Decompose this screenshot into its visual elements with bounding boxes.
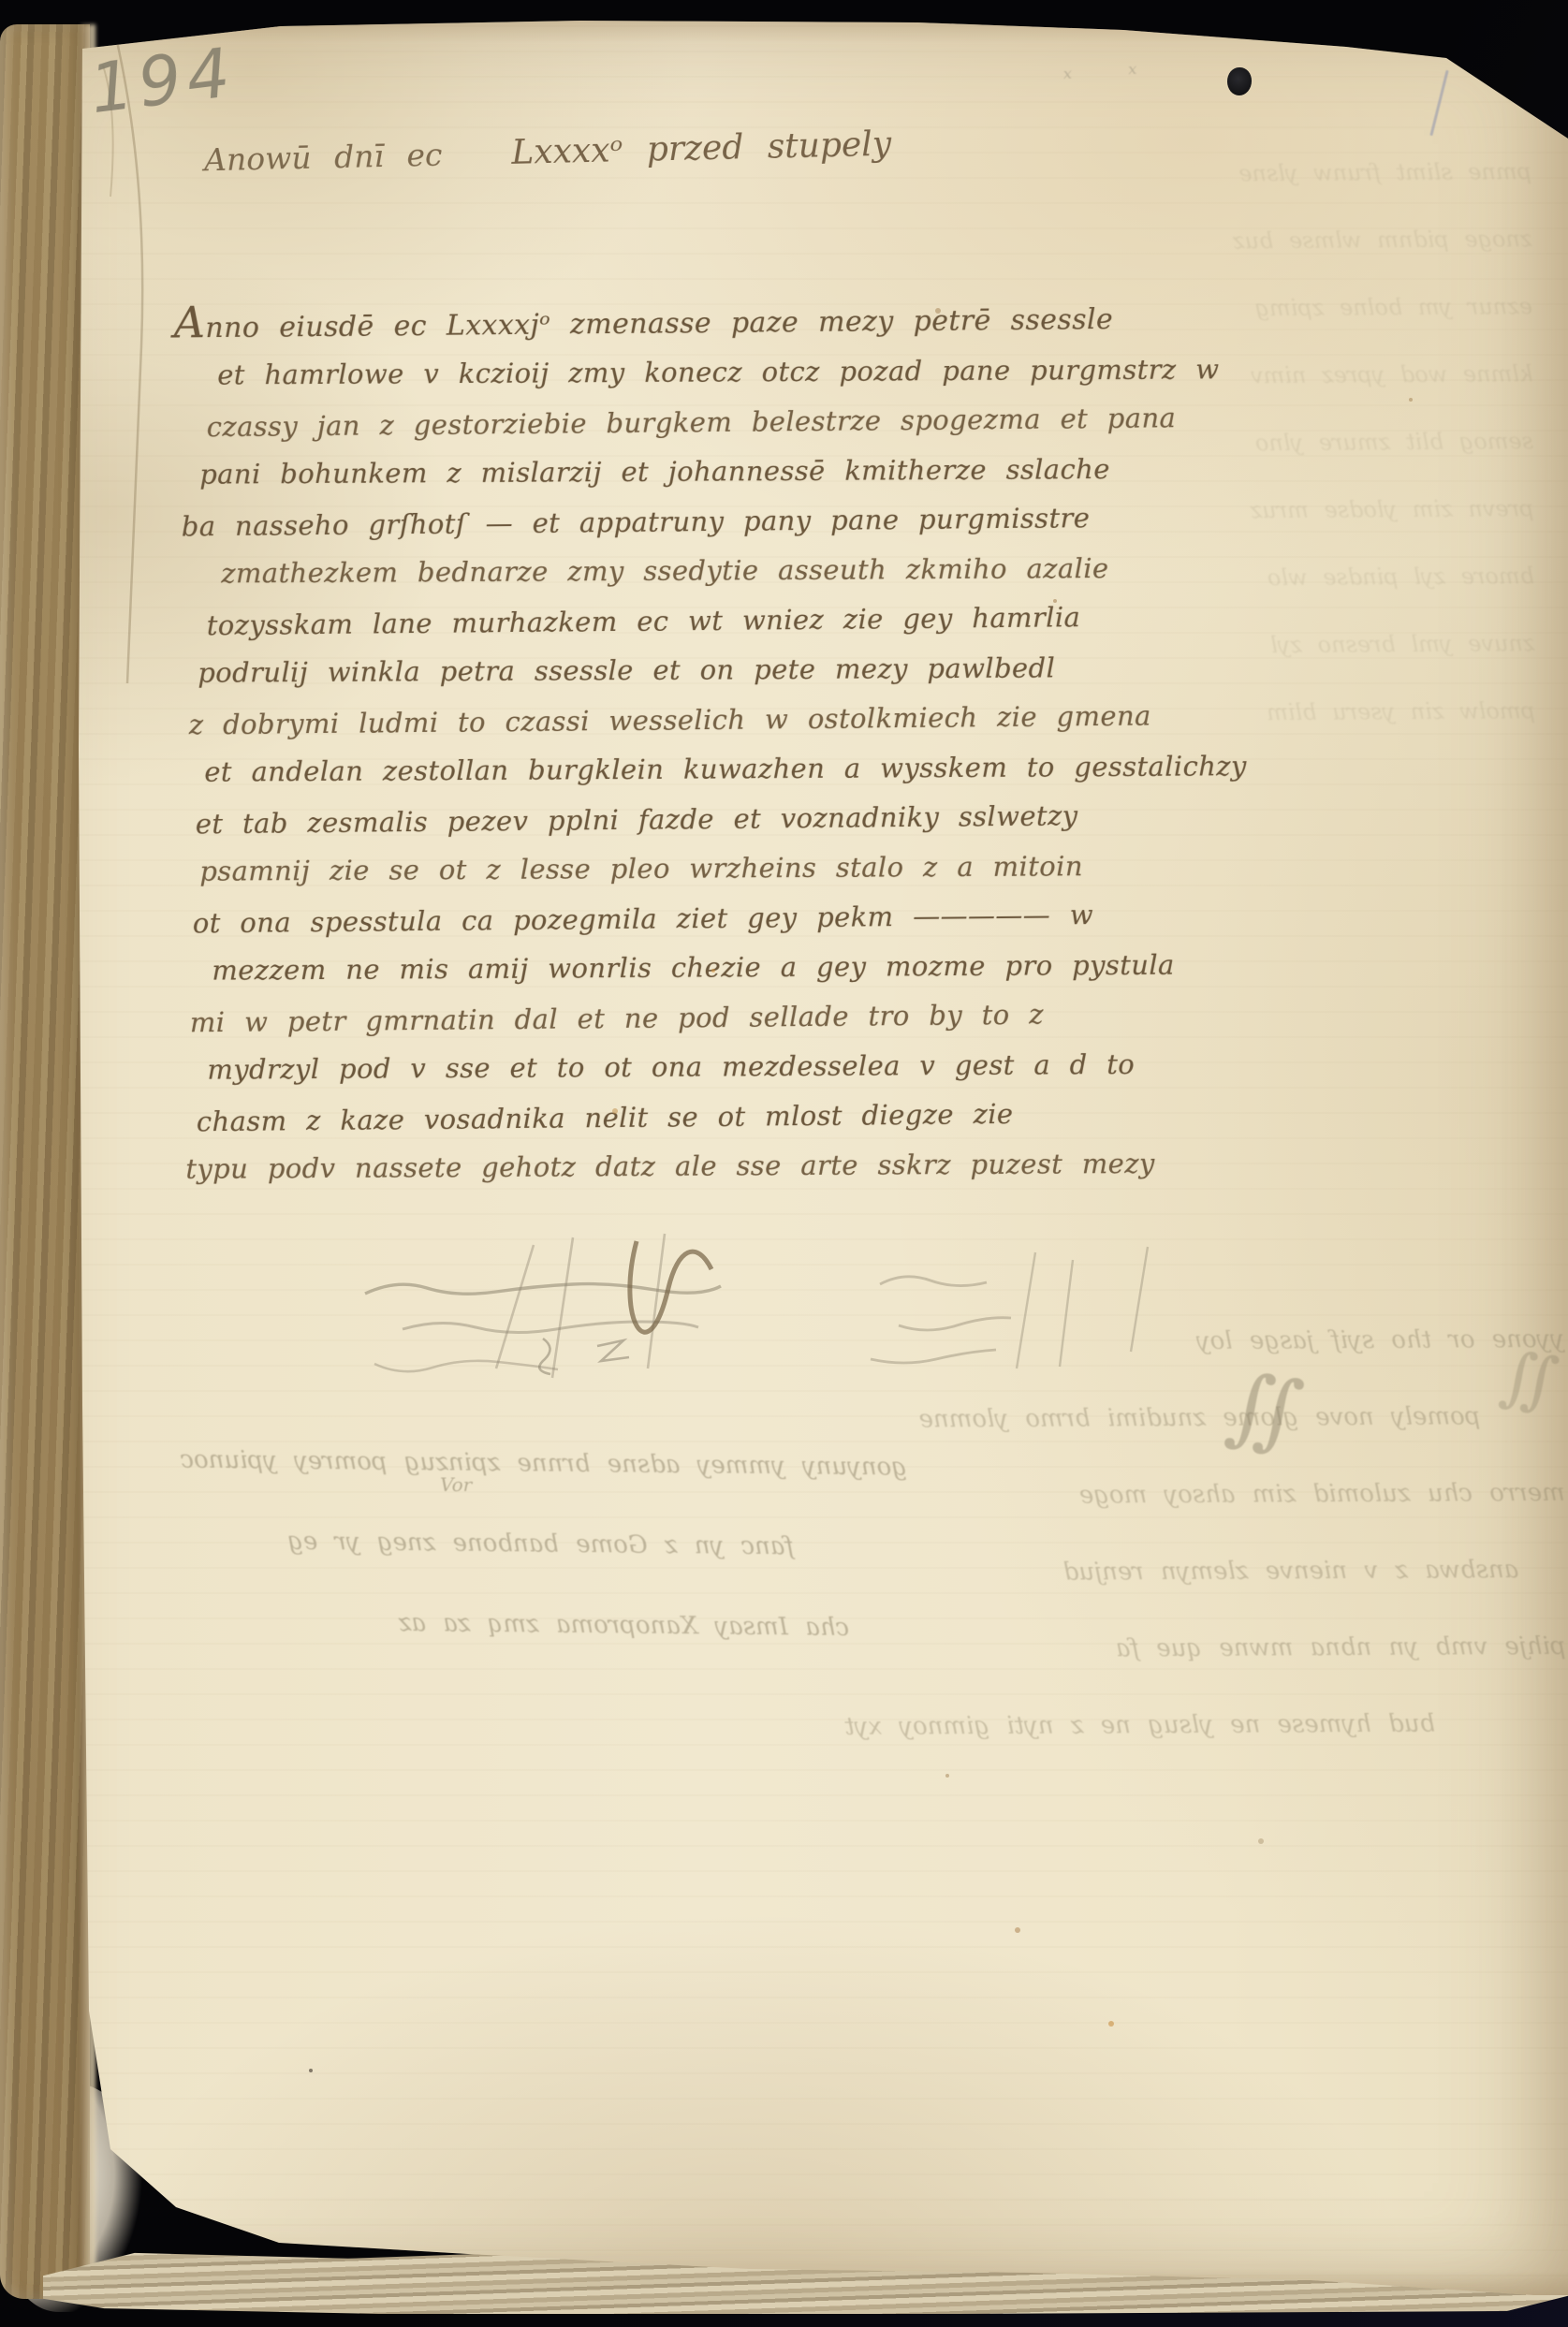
manuscript-text-line: Anno eiusdē ec Lxxxxjᵒ zmenasse paze mez… [173, 285, 1441, 353]
bleed-text-line: yyone or tho syif jasge loy [787, 1301, 1564, 1382]
bleed-text-line: gonyuny ymmey adsne brnne zpinzug pomrey… [82, 1418, 907, 1507]
manuscript-text-line: pani bohunkem z mislarzij et johannessē … [199, 443, 1442, 500]
manuscript-text-line: psamnij zie se ot z lesse pleo wrzheins … [199, 840, 1445, 897]
bleed-text-line: merro chu zulomid zim ahsoy moge [788, 1455, 1565, 1535]
bleed-text-line: bud hymese ne ylsug ne z nyti gimnoy xyt [789, 1686, 1435, 1766]
manuscript-text-line: typu podv nassete gehotz datz ale sse ar… [185, 1137, 1448, 1194]
paper-specks [0, 0, 4, 4]
manuscript-scan: pmne slimt frunw ylsneznoge pidnm wlmse … [0, 0, 1568, 2327]
bleed-text-line: fanc yn z Gome banbone zneg yr eg [82, 1499, 795, 1587]
ghost-text-line: znoge pidnm wlmse buz [773, 205, 1531, 278]
ink-blot [1227, 67, 1252, 95]
show-through-text-left: gonyuny ymmey adsne brnne zpinzug pomrey… [81, 1418, 908, 1668]
heading-date-text: Anowū dnī ec [204, 137, 443, 179]
bleed-small-word: Vor [440, 1473, 472, 1496]
manuscript-text-line: podrulij winkla petra ssessle et on pete… [198, 641, 1443, 698]
folio-number: 194 [85, 33, 240, 128]
bleed-text-line: ansbwa z v nienve zlemyn renjud [788, 1531, 1518, 1612]
manuscript-text-line: mezzem ne mis amij wonrlis chezie a gey … [212, 939, 1446, 996]
manuscript-text-line: et andelan zestollan burgklein kuwazhen … [204, 740, 1444, 798]
book-page-stack-left-edge [0, 24, 90, 2299]
flourish-mark: ∬ [1221, 1354, 1309, 1465]
faint-pen-stroke [1429, 70, 1448, 137]
show-through-text-right: yyone or tho syif jasge loypomely nove g… [787, 1301, 1567, 1765]
manuscript-text-line: et hamrlowe v kczioij zmy konecz otcz po… [217, 344, 1441, 401]
flourish-mark-small: ∬ [1496, 1337, 1563, 1421]
bleed-text-line: cha Imsay Xanoproma zmq za az [81, 1579, 850, 1668]
manuscript-text-line: zmathezkem bednarze zmy ssedytie asseuth… [221, 542, 1443, 599]
bleed-text-line: pihje vmb yn nbna mwne que fa [788, 1608, 1565, 1689]
manuscript-text-line: mydrzyl pod v sse et to ot ona mezdessel… [207, 1038, 1447, 1095]
pencil-corner-marks: ˣ ˣ [1062, 58, 1163, 93]
main-text-block: Anno eiusdē ec Lxxxxjᵒ zmenasse paze mez… [162, 285, 1448, 1196]
manuscript-page: pmne slimt frunw ylsneznoge pidnm wlmse … [0, 0, 1568, 2327]
bleed-text-line: pomely nove glome znudimi brmo ylomne [787, 1378, 1480, 1458]
